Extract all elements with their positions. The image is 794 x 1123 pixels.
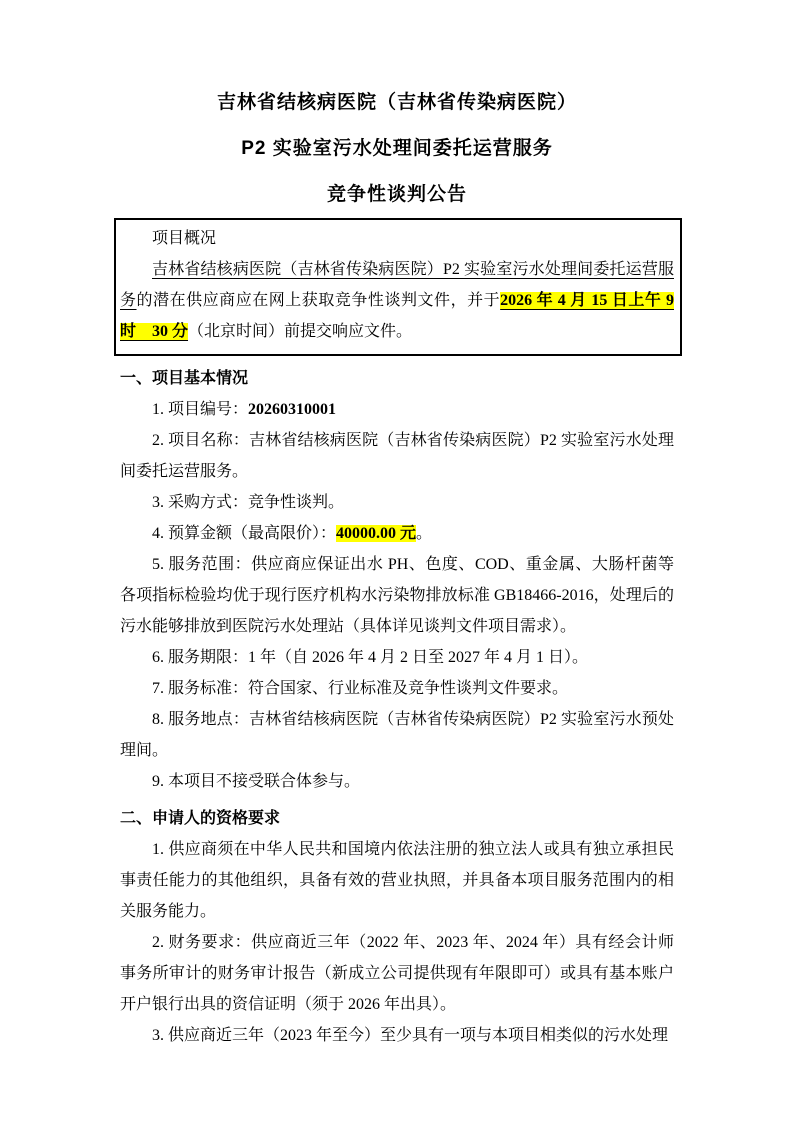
overview-middle-text: 的潜在供应商应在网上获取竞争性谈判文件，并于 [137,292,501,309]
budget-label: 4. 预算金额（最高限价）： [152,525,336,542]
section2-item-experience-requirement: 3. 供应商近三年（2023 年至今）至少具有一项与本项目相类似的污水处理 [120,1020,674,1051]
section2-heading: 二、申请人的资格要求 [120,803,674,834]
project-overview-box: 项目概况 吉林省结核病医院（吉林省传染病医院）P2 实验室污水处理间委托运营服务… [114,218,682,356]
section1-heading: 一、项目基本情况 [120,363,674,394]
section1-item-service-term: 6. 服务期限：1 年（自 2026 年 4 月 2 日至 2027 年 4 月… [120,642,674,673]
section1-item-no-consortium: 9. 本项目不接受联合体参与。 [120,766,674,797]
section2-item-financial-requirement: 2. 财务要求：供应商近三年（2022 年、2023 年、2024 年）具有经会… [120,927,674,1020]
section2-item-legal-qualification: 1. 供应商须在中华人民共和国境内依法注册的独立法人或具有独立承担民事责任能力的… [120,834,674,927]
overview-closing-text: （北京时间）前提交响应文件。 [188,323,412,340]
section1-item-budget: 4. 预算金额（最高限价）：40000.00 元。 [120,518,674,549]
section1-item-service-location: 8. 服务地点：吉林省结核病医院（吉林省传染病医院）P2 实验室污水预处理间。 [120,704,674,766]
section1-item-service-standard: 7. 服务标准：符合国家、行业标准及竞争性谈判文件要求。 [120,673,674,704]
document-title-line-3: 竞争性谈判公告 [120,172,674,218]
budget-suffix: 。 [416,525,432,542]
section1-item-project-name: 2. 项目名称：吉林省结核病医院（吉林省传染病医院）P2 实验室污水处理间委托运… [120,425,674,487]
section1-item-service-scope: 5. 服务范围：供应商应保证出水 PH、色度、COD、重金属、大肠杆菌等各项指标… [120,549,674,642]
project-number-value: 20260310001 [248,401,336,418]
budget-amount-highlight: 40000.00 元 [336,525,416,542]
overview-paragraph: 吉林省结核病医院（吉林省传染病医院）P2 实验室污水处理间委托运营服务的潜在供应… [120,254,674,347]
overview-label: 项目概况 [120,223,674,254]
project-number-label: 1. 项目编号： [152,401,248,418]
document-title-line-1: 吉林省结核病医院（吉林省传染病医院） [120,80,674,126]
section1-item-project-number: 1. 项目编号：20260310001 [120,394,674,425]
document-title-line-2: P2 实验室污水处理间委托运营服务 [120,126,674,172]
document-page: 吉林省结核病医院（吉林省传染病医院） P2 实验室污水处理间委托运营服务 竞争性… [0,0,794,1123]
section1-item-procurement-method: 3. 采购方式：竞争性谈判。 [120,487,674,518]
